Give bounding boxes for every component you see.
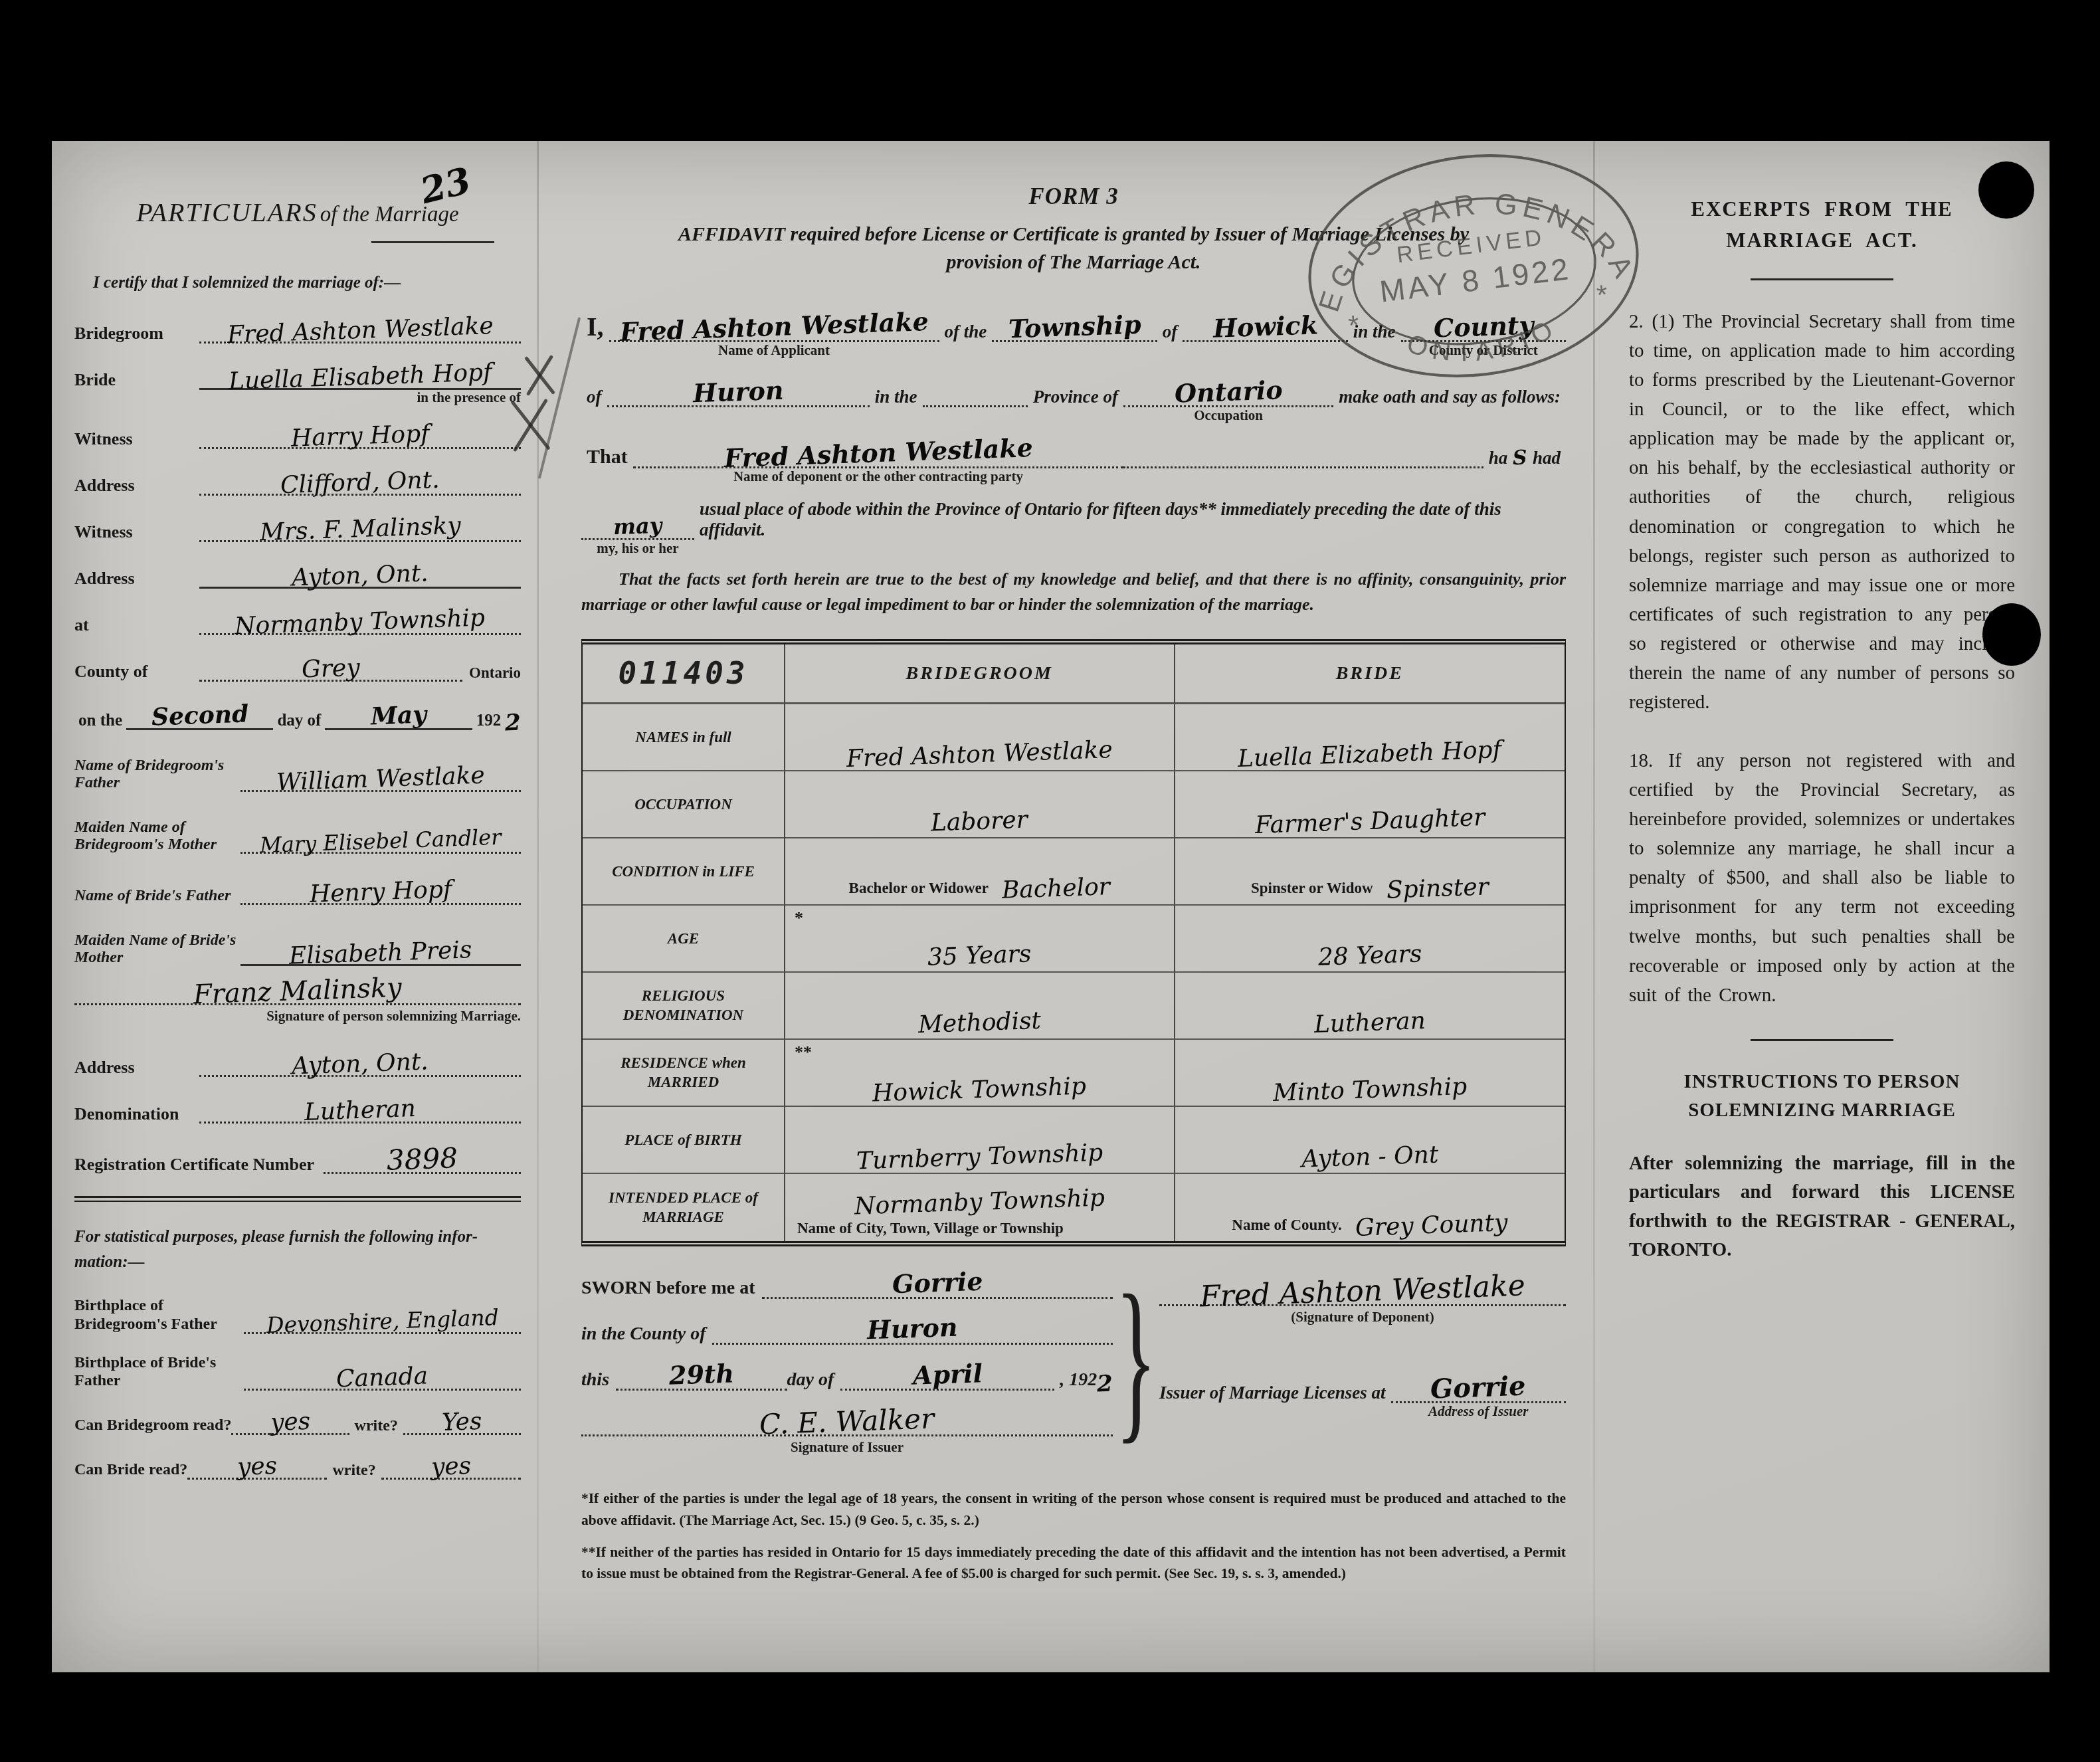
field-label: Name of Bride's Father bbox=[74, 887, 240, 904]
field-line: Ayton, Ont. bbox=[199, 564, 521, 589]
place-caption: Name of City, Town, Village or Township bbox=[797, 1220, 1064, 1237]
handwritten-value: Minto Township bbox=[1272, 1075, 1467, 1106]
printed-in-the2: in the bbox=[870, 387, 923, 407]
handwritten-value: Huron bbox=[867, 1315, 959, 1343]
handwritten-value: yes bbox=[237, 1454, 278, 1480]
province-name: Ontario bbox=[1174, 377, 1283, 407]
serial-cell: 011403 bbox=[583, 644, 785, 704]
field-line: William Westlake bbox=[240, 767, 521, 792]
issuer-signature-line: C. E. Walker bbox=[581, 1408, 1113, 1436]
applicant-blank: Fred Ashton Westlake Name of Applicant bbox=[609, 314, 939, 342]
field-row-bride-father: Name of Bride's Father Henry Hopf bbox=[74, 880, 521, 905]
parties-table: 011403 BRIDEGROOM BRIDE NAMES in full Fr… bbox=[581, 639, 1566, 1246]
footnote-mark: ** bbox=[795, 1042, 812, 1062]
footnotes: *If either of the parties is under the l… bbox=[581, 1488, 1566, 1584]
field-label: Bride bbox=[74, 371, 199, 390]
handwritten-value: Spinster bbox=[1386, 876, 1489, 903]
handwritten-value: Grey bbox=[302, 656, 361, 682]
handwritten-value: 28 Years bbox=[1317, 943, 1422, 970]
particulars-title-main: PARTICULARS bbox=[136, 197, 317, 227]
bride-occupation: Farmer's Daughter bbox=[1175, 771, 1565, 838]
sworn-left: SWORN before me at Gorrie in the County … bbox=[581, 1270, 1113, 1456]
applicant-name: Fred Ashton Westlake bbox=[619, 309, 929, 345]
handwritten-value: 29th bbox=[668, 1361, 734, 1389]
row-label: RESIDENCE when MARRIED bbox=[583, 1040, 785, 1107]
printed-province-of: Province of bbox=[1028, 387, 1123, 407]
abode-line: may my, his or her usual place of abode … bbox=[581, 499, 1566, 540]
stat-line: Yes bbox=[403, 1411, 521, 1435]
handwritten-value: Fred Ashton Westlake bbox=[846, 738, 1113, 771]
issuer-address-row: Issuer of Marriage Licenses at Gorrie Ad… bbox=[1159, 1375, 1566, 1403]
deponent-line: That Fred Ashton Westlake Name of depone… bbox=[581, 440, 1566, 468]
pronoun-blank: may my, his or her bbox=[581, 516, 694, 540]
statistics-intro-line1: For statistical purposes, please furnish… bbox=[74, 1228, 478, 1246]
sworn-line: 29th bbox=[616, 1362, 787, 1391]
field-line: Normanby Township bbox=[199, 611, 521, 635]
intended-county: Name of County. Grey County bbox=[1175, 1174, 1565, 1241]
row-label-text: NAMES in full bbox=[635, 728, 731, 747]
handwritten-page-number: 23 bbox=[417, 162, 474, 209]
stat-line: yes bbox=[231, 1411, 349, 1435]
row-label-text: OCCUPATION bbox=[634, 795, 732, 815]
sworn-label: in the County of bbox=[581, 1323, 712, 1345]
stamp-arc-bottom-text: ONTARIO bbox=[1400, 311, 1565, 375]
svg-text:ONTARIO: ONTARIO bbox=[1400, 311, 1565, 375]
sworn-place-line: SWORN before me at Gorrie bbox=[581, 1270, 1113, 1299]
field-line: Grey bbox=[199, 657, 462, 682]
field-label: at bbox=[74, 616, 199, 635]
field-row-groom-mother: Maiden Name of Bridegroom's Mother Mary … bbox=[74, 819, 521, 854]
paper-sheet: 23 PARTICULARS of the Marriage I certify… bbox=[52, 141, 2050, 1672]
row-label: PLACE of BIRTH bbox=[583, 1107, 785, 1174]
facts-paragraph: That the facts set forth herein are true… bbox=[581, 567, 1566, 617]
sworn-block: SWORN before me at Gorrie in the County … bbox=[581, 1270, 1566, 1456]
deponent-name: Fred Ashton Westlake bbox=[723, 435, 1033, 471]
handwritten-month: May bbox=[370, 703, 427, 729]
handwritten-value: Farmer's Daughter bbox=[1254, 806, 1485, 838]
handwritten-value: Ayton - Ont bbox=[1301, 1143, 1439, 1172]
stamp-star-right: * bbox=[1595, 278, 1610, 311]
instructions-paragraph: After solemnizing the marriage, fill in … bbox=[1629, 1149, 2015, 1265]
province-blank: Ontario Occupation bbox=[1123, 379, 1333, 407]
groom-denomination: Methodist bbox=[785, 973, 1175, 1040]
field-row-denomination: Denomination Lutheran bbox=[74, 1099, 521, 1124]
date-day-line: Second bbox=[126, 704, 273, 730]
sworn-right: Fred Ashton Westlake (Signature of Depon… bbox=[1159, 1270, 1566, 1456]
field-label: Registration Certificate Number bbox=[74, 1155, 324, 1175]
bridegroom-header: BRIDEGROOM bbox=[785, 644, 1175, 704]
field-line: Clifford, Ont. bbox=[199, 471, 521, 496]
stat-label-write: write? bbox=[349, 1417, 403, 1435]
signature-line: Franz Malinsky bbox=[74, 978, 521, 1005]
row-label: CONDITION in LIFE bbox=[583, 838, 785, 906]
issuer-signature: C. E. Walker bbox=[759, 1405, 935, 1439]
deponent-caption: Name of deponent or the other contractin… bbox=[633, 468, 1124, 485]
handwritten-value: Clifford, Ont. bbox=[280, 468, 440, 498]
license-serial-number: 011403 bbox=[618, 654, 748, 693]
abode-text: usual place of abode within the Province… bbox=[694, 499, 1566, 540]
statistics-intro-line2: mation:— bbox=[74, 1253, 145, 1271]
handwritten-value: Turnberry Township bbox=[856, 1141, 1103, 1174]
field-row-marriage-date: on the Second day of May 192 2 bbox=[74, 704, 521, 730]
excerpt-paragraph-18: 18. If any person not registered with an… bbox=[1629, 746, 2015, 1010]
handwritten-value: Ayton, Ont. bbox=[292, 1050, 429, 1079]
field-label: County of bbox=[74, 662, 199, 682]
filler-blank bbox=[1123, 466, 1483, 468]
groom-names: Fred Ashton Westlake bbox=[785, 704, 1175, 771]
printed-prefix: Spinster or Widow bbox=[1251, 880, 1373, 901]
date-mid: day of bbox=[277, 712, 321, 730]
row-label-text: CONDITION in LIFE bbox=[612, 862, 755, 882]
sworn-line: April bbox=[840, 1362, 1054, 1391]
handwritten-s: S bbox=[1513, 448, 1528, 469]
handwritten-value: Lutheran bbox=[304, 1097, 416, 1125]
field-line: Ayton, Ont. bbox=[199, 1052, 521, 1077]
stat-row-groom-father-birthplace: Birthplace of Bridegroom's Father Devons… bbox=[74, 1297, 521, 1333]
stat-line: yes bbox=[381, 1455, 521, 1480]
issuer-address-line: Gorrie Address of Issuer bbox=[1391, 1375, 1566, 1403]
field-line: Elisabeth Preis bbox=[240, 941, 521, 966]
field-row-bride-mother: Maiden Name of Bride's Mother Elisabeth … bbox=[74, 931, 521, 967]
title-rule bbox=[371, 241, 494, 243]
stat-row-can-bride-read: Can Bride read? yes write? yes bbox=[74, 1455, 521, 1480]
groom-age: * 35 Years bbox=[785, 906, 1175, 973]
printed-of-the: of the bbox=[939, 322, 993, 342]
printed-year: , 192 bbox=[1054, 1369, 1097, 1391]
municipality-name: Howick bbox=[1212, 312, 1318, 341]
handwritten-value: Gorrie bbox=[892, 1269, 983, 1298]
excerpts-section: EXCERPTS FROM THE MARRIAGE ACT. 2. (1) T… bbox=[1597, 141, 2050, 1672]
handwritten-value: 3898 bbox=[386, 1144, 458, 1175]
row-label: RELIGIOUS DENOMINATION bbox=[583, 973, 785, 1040]
field-label: Maiden Name of Bridegroom's Mother bbox=[74, 819, 240, 854]
stat-label: Can Bridegroom read? bbox=[74, 1417, 231, 1435]
instructions-title: INSTRUCTIONS TO PERSON SOLEMNIZING MARRI… bbox=[1629, 1068, 2015, 1126]
rule bbox=[1751, 1039, 1893, 1041]
stat-label: Birthplace of Bridegroom's Father bbox=[74, 1297, 244, 1333]
row-label-text: INTENDED PLACE of MARRIAGE bbox=[591, 1189, 776, 1227]
handwritten-value: Laborer bbox=[931, 809, 1028, 836]
handwritten-value: Harry Hopf bbox=[290, 422, 430, 450]
row-label: INTENDED PLACE of MARRIAGE bbox=[583, 1174, 785, 1241]
handwritten-value: Yes bbox=[442, 1410, 483, 1435]
county-name: Huron bbox=[692, 378, 784, 407]
sworn-line: Gorrie bbox=[762, 1270, 1113, 1299]
certify-line: I certify that I solemnized the marriage… bbox=[93, 274, 521, 292]
statistics-intro: For statistical purposes, please furnish… bbox=[74, 1224, 521, 1274]
bride-names: Luella Elizabeth Hopf bbox=[1175, 704, 1565, 771]
field-line: 3898 bbox=[324, 1145, 521, 1174]
stat-label-write: write? bbox=[327, 1462, 381, 1480]
sworn-line: Huron bbox=[712, 1316, 1113, 1345]
deponent-blank: Fred Ashton Westlake Name of deponent or… bbox=[633, 440, 1124, 468]
bride-birthplace: Ayton - Ont bbox=[1175, 1107, 1565, 1174]
handwritten-value: Howick Township bbox=[872, 1075, 1087, 1106]
field-label: Address bbox=[74, 476, 199, 496]
sworn-date-line: this 29th day of April , 192 2 bbox=[581, 1362, 1113, 1391]
field-row-county: County of Grey Ontario bbox=[74, 657, 521, 682]
field-label: Witness bbox=[74, 523, 199, 542]
handwritten-value: Ayton, Ont. bbox=[292, 561, 429, 590]
handwritten-value: Mrs. F. Malinsky bbox=[259, 514, 461, 545]
row-label-text: PLACE of BIRTH bbox=[624, 1131, 741, 1150]
stat-label: Birthplace of Bride's Father bbox=[74, 1354, 244, 1391]
brace-glyph: } bbox=[1115, 1255, 1157, 1464]
handwritten-value: Fred Ashton Westlake bbox=[227, 314, 494, 347]
solemnizer-caption: Signature of person solemnizing Marriage… bbox=[74, 1008, 521, 1025]
printed-ha: ha bbox=[1483, 448, 1513, 468]
handwritten-value: April bbox=[912, 1361, 983, 1389]
footnote-mark: * bbox=[795, 908, 803, 928]
stamp-star-left: * bbox=[1347, 309, 1361, 342]
handwritten-value: Lutheran bbox=[1313, 1009, 1426, 1037]
groom-condition: Bachelor or Widower Bachelor bbox=[785, 838, 1175, 906]
printed-that: That bbox=[581, 446, 633, 468]
date-prefix: on the bbox=[78, 712, 122, 730]
sworn-county-line: in the County of Huron bbox=[581, 1316, 1113, 1345]
handwritten-value: Normanby Township bbox=[235, 606, 486, 638]
field-line: Fred Ashton Westlake bbox=[199, 319, 521, 343]
rule bbox=[1751, 278, 1893, 280]
field-label: Address bbox=[74, 569, 199, 589]
handwritten-value: Bachelor bbox=[1001, 876, 1110, 904]
sworn-label: this bbox=[581, 1369, 616, 1391]
handwritten-value: Normanby Township bbox=[854, 1187, 1105, 1219]
scanned-marriage-affidavit: 23 PARTICULARS of the Marriage I certify… bbox=[0, 0, 2100, 1762]
field-label: Name of Bridegroom's Father bbox=[74, 757, 240, 792]
handwritten-value: Henry Hopf bbox=[309, 878, 452, 906]
handwritten-value: 35 Years bbox=[927, 943, 1032, 970]
township-word: Township bbox=[1008, 312, 1141, 342]
handwritten-value: Elisabeth Preis bbox=[289, 939, 473, 969]
field-line: Henry Hopf bbox=[240, 880, 521, 905]
row-label-text: RELIGIOUS DENOMINATION bbox=[591, 987, 776, 1025]
stat-label: Can Bride read? bbox=[74, 1461, 187, 1480]
occupation-caption: Occupation bbox=[1123, 407, 1333, 424]
field-row-address-2: Address Ayton, Ont. bbox=[74, 564, 521, 589]
printed-of2: of bbox=[581, 387, 607, 407]
handwritten-value: Grey County bbox=[1355, 1211, 1508, 1240]
field-row-bride: Bride Luella Elisabeth Hopf in the prese… bbox=[74, 365, 521, 390]
printed-i: I, bbox=[581, 311, 609, 342]
field-line: Luella Elisabeth Hopf in the presence of bbox=[199, 365, 521, 390]
solemnizer-signature: Franz Malinsky bbox=[193, 975, 402, 1009]
punch-hole bbox=[1978, 161, 2034, 219]
groom-birthplace: Turnberry Township bbox=[785, 1107, 1175, 1174]
handwritten-value: Luella Elizabeth Hopf bbox=[1238, 738, 1502, 771]
printed-prefix: Bachelor or Widower bbox=[849, 880, 989, 901]
stat-line: Canada bbox=[244, 1366, 521, 1391]
field-row-at: at Normanby Township bbox=[74, 611, 521, 635]
sworn-label: day of bbox=[787, 1369, 841, 1391]
handwritten-value: Methodist bbox=[917, 1009, 1041, 1037]
province-suffix: Ontario bbox=[462, 664, 521, 682]
applicant-caption: Name of Applicant bbox=[609, 342, 939, 359]
handwritten-year-digit: 2 bbox=[1097, 1373, 1113, 1396]
field-line: Mary Elisebel Candler bbox=[240, 831, 521, 854]
field-row-groom-father: Name of Bridegroom's Father William West… bbox=[74, 757, 521, 792]
excerpt-paragraph-2-1: 2. (1) The Provincial Secretary shall fr… bbox=[1629, 307, 2015, 717]
stat-line: Devonshire, England bbox=[244, 1310, 521, 1334]
row-label-text: AGE bbox=[668, 930, 699, 949]
handwritten-value: Mary Elisebel Candler bbox=[260, 826, 502, 856]
field-row-solemnizer-address: Address Ayton, Ont. bbox=[74, 1052, 521, 1077]
field-label: Bridegroom bbox=[74, 324, 199, 343]
field-row-bridegroom: Bridegroom Fred Ashton Westlake bbox=[74, 319, 521, 343]
pronoun-caption: my, his or her bbox=[581, 540, 694, 557]
handwritten-value: William Westlake bbox=[276, 763, 486, 795]
solemnizer-signature-row: Franz Malinsky Signature of person solem… bbox=[74, 978, 521, 1025]
handwritten-value: yes bbox=[270, 1410, 310, 1435]
county-caption: Name of County. bbox=[1232, 1217, 1341, 1238]
stat-row-can-groom-read: Can Bridegroom read? yes write? Yes bbox=[74, 1411, 521, 1435]
county-name-blank: Huron bbox=[607, 379, 870, 407]
issuer-address: Gorrie bbox=[1430, 1373, 1527, 1403]
row-label-text: RESIDENCE when MARRIED bbox=[591, 1054, 776, 1092]
registrar-general-received-stamp: REGISTRAR GENERAL RECEIVED MAY 8 1922 ON… bbox=[1288, 126, 1660, 406]
printed-of: of bbox=[1157, 322, 1183, 342]
field-label: Address bbox=[74, 1058, 199, 1078]
row-label: OCCUPATION bbox=[583, 771, 785, 838]
handwritten-day: Second bbox=[151, 702, 248, 729]
bride-condition: Spinster or Widow Spinster bbox=[1175, 838, 1565, 906]
deponent-signature: Fred Ashton Westlake bbox=[1199, 1272, 1525, 1312]
handwritten-value: Devonshire, England bbox=[266, 1306, 499, 1335]
bride-denomination: Lutheran bbox=[1175, 973, 1565, 1040]
handwritten-value: Canada bbox=[336, 1364, 429, 1391]
intended-place: Normanby Township Name of City, Town, Vi… bbox=[785, 1174, 1175, 1241]
field-label: Maiden Name of Bride's Mother bbox=[74, 931, 240, 967]
bride-residence: Minto Township bbox=[1175, 1040, 1565, 1107]
field-row-address-1: Address Clifford, Ont. bbox=[74, 471, 521, 496]
issuer-at-label: Issuer of Marriage Licenses at bbox=[1159, 1383, 1391, 1403]
bride-header: BRIDE bbox=[1175, 644, 1565, 704]
field-row-witness-1: Witness Harry Hopf bbox=[74, 425, 521, 449]
printed-had: had bbox=[1527, 448, 1566, 468]
field-row-registration-number: Registration Certificate Number 3898 bbox=[74, 1145, 521, 1174]
footnote-1: *If either of the parties is under the l… bbox=[581, 1488, 1566, 1531]
affidavit-heading-line2: provision of The Marriage Act. bbox=[946, 251, 1200, 273]
issuer-signature-caption: Signature of Issuer bbox=[581, 1439, 1113, 1456]
issuer-address-caption: Address of Issuer bbox=[1391, 1403, 1566, 1420]
stat-line: yes bbox=[187, 1455, 327, 1480]
field-line: Harry Hopf bbox=[199, 425, 521, 449]
groom-residence: ** Howick Township bbox=[785, 1040, 1175, 1107]
punch-hole bbox=[1982, 603, 2041, 666]
sworn-label: SWORN before me at bbox=[581, 1278, 762, 1299]
row-label: AGE bbox=[583, 906, 785, 973]
footnote-2: **If neither of the parties has resided … bbox=[581, 1541, 1566, 1585]
particulars-section: 23 PARTICULARS of the Marriage I certify… bbox=[52, 141, 538, 1672]
deponent-signature-line: Fred Ashton Westlake bbox=[1159, 1277, 1566, 1306]
excerpts-title: EXCERPTS FROM THE MARRIAGE ACT. bbox=[1629, 194, 2015, 256]
township-blank: Township bbox=[992, 314, 1157, 342]
handwritten-year-digit: 2 bbox=[505, 712, 522, 735]
date-year-printed: 192 bbox=[476, 712, 502, 730]
brace-icon: } bbox=[1113, 1270, 1159, 1456]
handwritten-may: may bbox=[613, 515, 662, 538]
row-label: NAMES in full bbox=[583, 704, 785, 771]
field-line: Lutheran bbox=[199, 1099, 521, 1124]
field-line: Mrs. F. Malinsky bbox=[199, 518, 521, 542]
section-divider bbox=[74, 1196, 521, 1202]
field-label: Denomination bbox=[74, 1105, 199, 1124]
groom-occupation: Laborer bbox=[785, 771, 1175, 838]
empty-blank bbox=[923, 405, 1028, 407]
field-row-witness-2: Witness Mrs. F. Malinsky bbox=[74, 518, 521, 542]
handwritten-value: yes bbox=[430, 1454, 471, 1480]
stat-row-bride-father-birthplace: Birthplace of Bride's Father Canada bbox=[74, 1354, 521, 1391]
bridegroom-header-label: BRIDEGROOM bbox=[906, 663, 1053, 684]
bride-header-label: BRIDE bbox=[1336, 663, 1404, 684]
bride-age: 28 Years bbox=[1175, 906, 1565, 973]
field-label: Witness bbox=[74, 430, 199, 449]
date-month-line: May bbox=[325, 704, 472, 730]
